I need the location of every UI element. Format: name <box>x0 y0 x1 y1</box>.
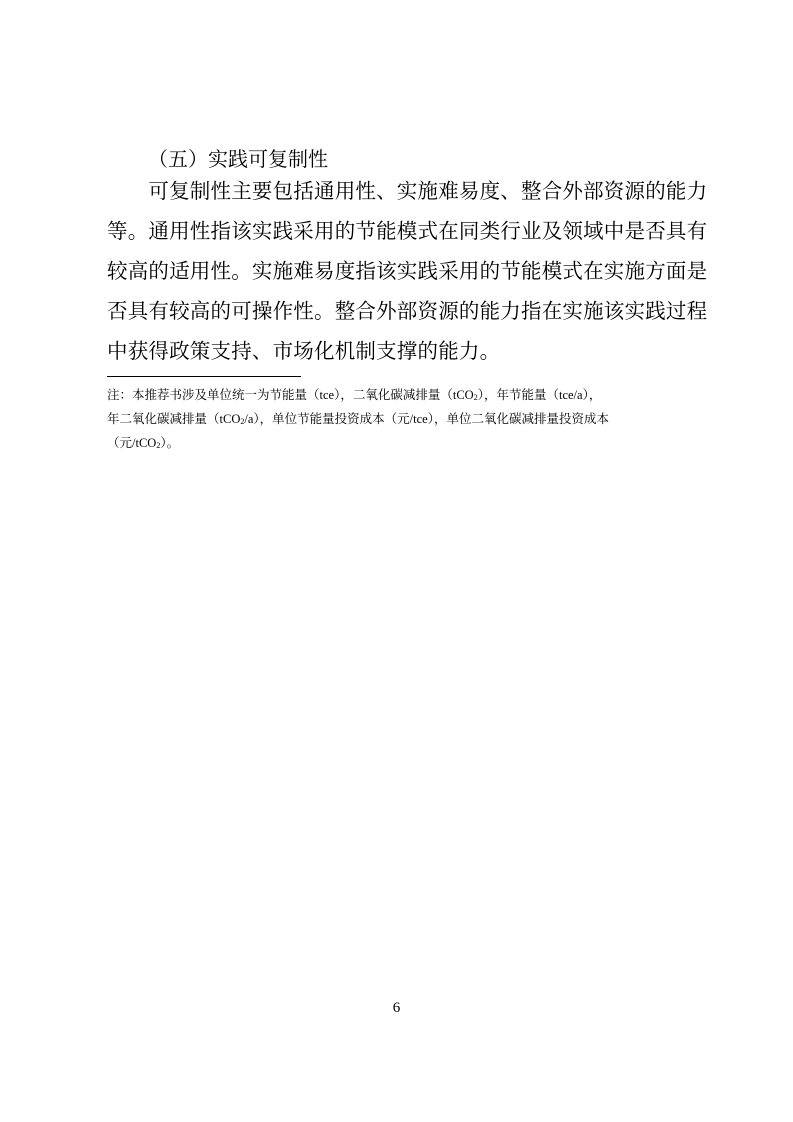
page-number: 6 <box>0 1000 793 1017</box>
unit-text: 元/tce <box>397 412 428 426</box>
section-heading: （五）实践可复制性 <box>148 146 328 172</box>
footnote-line: （元/tCO2）。 <box>107 435 179 454</box>
footnote-text: 年二氧化碳减排量（ <box>107 411 220 426</box>
footnote-text: （ <box>107 435 120 450</box>
footnote-text: ），二氧化碳减排量（ <box>334 387 453 402</box>
footnote-text: ）， <box>583 387 602 402</box>
footnote-text: ），年节能量（ <box>478 387 559 402</box>
paragraph-line: 等。通用性指该实践采用的节能模式在同类行业及领域中是否具有 <box>107 218 707 244</box>
footnote-text: ），单位节能量投资成本（ <box>253 411 397 426</box>
footnote-separator <box>107 376 301 377</box>
unit-text: 元/tCO <box>120 436 157 450</box>
paragraph-line: 可复制性主要包括通用性、实施难易度、整合外部资源的能力 <box>107 178 707 204</box>
footnote-line: 年二氧化碳减排量（tCO2/a），单位节能量投资成本（元/tce），单位二氧化碳… <box>107 411 609 430</box>
footnote-line: 注：本推荐书涉及单位统一为节能量（tce），二氧化碳减排量（tCO2），年节能量… <box>107 387 601 406</box>
paragraph-line: 较高的适用性。实施难易度指该实践采用的节能模式在实施方面是 <box>107 258 707 284</box>
footnote-text: 注：本推荐书涉及单位统一为节能量（ <box>107 387 320 402</box>
unit-text: tce <box>320 388 335 402</box>
paragraph-line: 否具有较高的可操作性。整合外部资源的能力指在实施该实践过程 <box>107 298 707 324</box>
unit-text: tCO <box>453 388 474 402</box>
footnote-text: ）。 <box>160 435 179 450</box>
paragraph-line: 中获得政策支持、市场化机制支撑的能力。 <box>107 338 500 364</box>
footnote-text: ），单位二氧化碳减排量投资成本 <box>428 411 609 426</box>
unit-text: tCO <box>220 412 241 426</box>
unit-text: tce/a <box>559 388 583 402</box>
